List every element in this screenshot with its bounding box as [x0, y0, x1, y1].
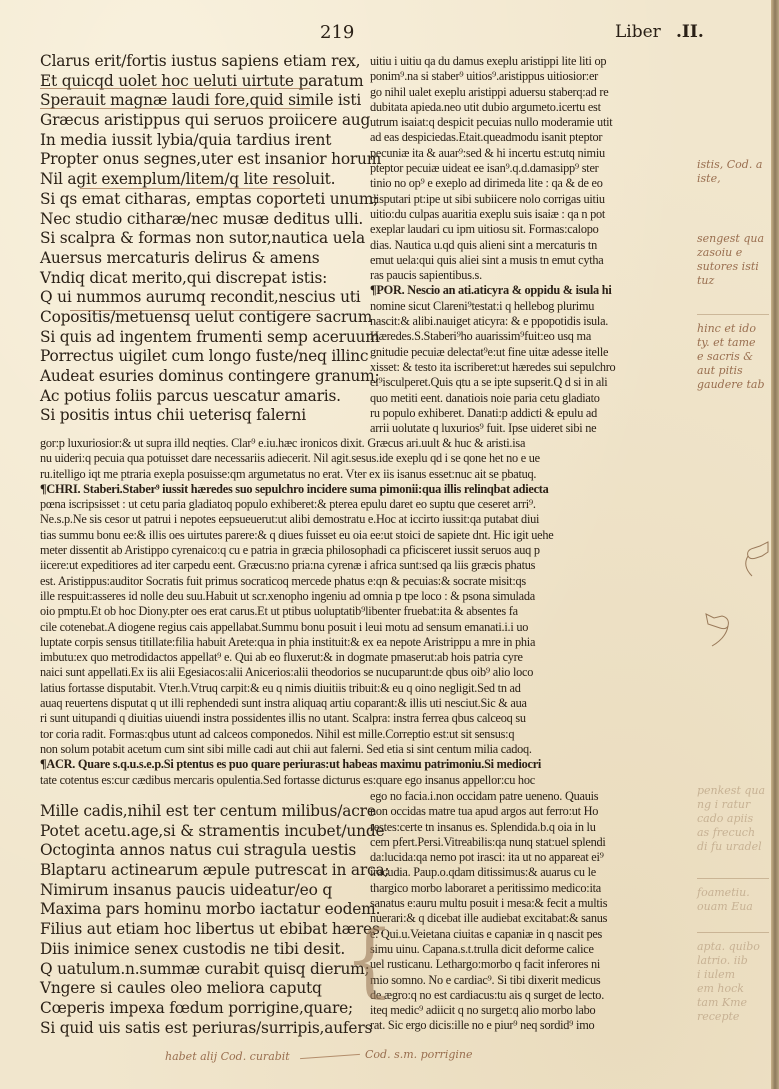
commentary-line: non solum potabit acetum cum sint sibi m…	[40, 742, 685, 757]
commentary-line: xisset: & testo ita iscriberet:ut hærede…	[370, 360, 685, 375]
commentary-line: quo metiti eent. danatiois noie paria ce…	[370, 391, 685, 406]
commentary-line: emut uela:qui quis aliei sint a musis tn…	[370, 253, 685, 268]
marginal-note: istis, Cod. a iste,	[697, 158, 762, 186]
commentary-line: thargico morbo laboraret a peritissimo m…	[370, 881, 685, 896]
commentary-line: ad eas despiciedas.Etait.queadmodu isani…	[370, 130, 685, 145]
page-edge	[771, 0, 779, 1089]
verse-line: Blaptaru actinearum æpule putrescat in a…	[40, 861, 370, 881]
verse-line: Nil agit exemplum/litem/q lite resoluit.	[40, 170, 370, 190]
commentary-line: rat. Sic ergo dicis:ille no e piur⁹ neq …	[370, 1018, 685, 1033]
commentary-line: est. Aristippus:auditor Socratis fuit pr…	[40, 574, 685, 589]
commentary-line: uitiu i uitiu qa du damus exeplu aristip…	[370, 54, 685, 69]
commentary-line: Ne.s.p.Ne sis cesor ut patrui i nepotes …	[40, 512, 685, 527]
underline-annotation	[40, 108, 310, 109]
commentary-line: simu uinu. Capana.s.t.trulla dicit defor…	[370, 942, 685, 957]
commentary-line: ego no facia.i.non occidam patre ueneno.…	[370, 789, 685, 804]
verse-line: Ac potius foliis parcus uescatur amaris.	[40, 387, 370, 407]
commentary-line: dias. Nautica u.qd quis alieni sint a me…	[370, 238, 685, 253]
verse-line: Audeat esuries dominus contingere granum…	[40, 367, 370, 387]
commentary-line: utrum isaiat:q despicit pecuias nullo mo…	[370, 115, 685, 130]
commentary-line: iteq medic⁹ adiicit q no surget:q alio m…	[370, 1003, 685, 1018]
commentary-line: ri sunt uitupandi q diuitias uiuendi ins…	[40, 711, 685, 726]
verse-line: Si quid uis satis est periuras/surripis,…	[40, 1019, 370, 1039]
commentary-line: Hæredes.S.Staberi⁹ho auarissim⁹fuit:eo u…	[370, 329, 685, 344]
verse-line: In media iussit lybia/quia tardius irent	[40, 131, 370, 151]
footnote-annotation-right: Cod. s.m. porrigine	[365, 1048, 473, 1062]
commentary-line: ei⁹isculperet.Quis qtu a se ipte supseri…	[370, 375, 685, 390]
commentary-line: ponim⁹.na si staber⁹ uitios⁹.aristippus …	[370, 69, 685, 84]
commentary-line: tinio no op⁹ e exeplo ad dirimeda lite :…	[370, 176, 685, 191]
commentary-line: pteptor pecuiæ uideat ee isan⁹.q.d.damas…	[370, 161, 685, 176]
underline-annotation	[70, 310, 320, 311]
commentary-line: gor:p luxuriosior:& ut supra illd neqtie…	[40, 436, 685, 451]
commentary-line: gnitudie pecuiæ delectat⁹e:ut fine uitæ …	[370, 345, 685, 360]
commentary-line: oio pmptu.Et ob hoc Diony.pter oes erat …	[40, 604, 685, 619]
manicule-icon	[704, 610, 734, 650]
verse-line: Cœperis impexa fœdum porrigine,quare;	[40, 999, 370, 1019]
margin-divider	[697, 932, 769, 933]
manicule-icon	[740, 540, 770, 580]
commentary-line-section-chri: ¶CHRI. Staberi.Staber⁹ iussit hæredes su…	[40, 482, 685, 497]
verse-line: Filius aut etiam hoc libertus ut ebibat …	[40, 920, 370, 940]
verse-line: Q uatulum.n.summæ curabit quisq dierum;	[40, 960, 370, 980]
commentary-line: disputari pt:ipe ut sibi subiicere nolo …	[370, 192, 685, 207]
verse-line: Auersus mercaturis delirus & amens	[40, 249, 370, 269]
commentary-line: da:lucida:qa nemo pot irasci: ita ut no …	[370, 850, 685, 865]
verse-line: Maxima pars hominu morbo iactatur eodem.	[40, 900, 370, 920]
commentary-line: iracudia. Paup.o.qdam ditissimus:& auaru…	[370, 865, 685, 880]
commentary-line: uitio:du culpas auaritia exeplu suis isa…	[370, 207, 685, 222]
commentary-line: meter dissentit ab Aristippo cyrenaico:q…	[40, 543, 685, 558]
commentary-full-width: gor:p luxuriosior:& ut supra illd neqtie…	[40, 436, 685, 788]
verse-line: Propter onus segnes,uter est insanior ho…	[40, 150, 370, 170]
marginal-note: sengest qua zasoiu e sutores isti tuz	[697, 232, 764, 288]
commentary-line: naici sunt appellati.Ex iis alii Egesiac…	[40, 665, 685, 680]
commentary-line: nuerari:& q dicebat ille audiebat excita…	[370, 911, 685, 926]
verse-line: Græcus aristippus qui seruos proiicere a…	[40, 111, 370, 131]
commentary-line: latius fortasse disputabit. Vter.h.Vtruq…	[40, 681, 685, 696]
commentary-line: arrii uolutate q luxurios⁹ fuit. Ipse ui…	[370, 421, 685, 436]
commentary-right-bottom: ego no facia.i.non occidam patre ueneno.…	[370, 789, 685, 1034]
marginal-note: apta. quibo latrio. iib i iulem em hock …	[697, 940, 760, 1024]
commentary-line: nascit:& alibi.nauiget aticyra: & e ppop…	[370, 314, 685, 329]
commentary-line: dubitata apieda.neo utit dubio argumeto.…	[370, 100, 685, 115]
verse-block-bottom: Mille cadis,nihil est ter centum milibus…	[40, 802, 370, 1038]
verse-line: Si positis intus chii ueterisq falerni	[40, 406, 370, 426]
commentary-line: cem pfert.Persi.Vitreabilis:qa nunq stat…	[370, 835, 685, 850]
verse-line: Porrectus uigilet cum longo fuste/neq il…	[40, 347, 370, 367]
commentary-line: pœna iscripsisset : ut cetu paria gladia…	[40, 497, 685, 512]
commentary-line: tate cotentus es:cur cædibus mercaris op…	[40, 773, 685, 788]
folio-number: 219	[320, 22, 354, 43]
commentary-line: mio somno. No e cardiac⁹. Si tibi dixeri…	[370, 973, 685, 988]
connector-line	[300, 1054, 360, 1059]
commentary-line: imbutu:ex quo metrodidactos appellat⁹ e.…	[40, 650, 685, 665]
commentary-line: tias summu bonu ee:& illis oes uirtutes …	[40, 528, 685, 543]
verse-line: Diis inimice senex custodis ne tibi desi…	[40, 940, 370, 960]
commentary-line: de ægro:q no est cardiacus:tu ais q surg…	[370, 988, 685, 1003]
marginal-note: hinc et ido ty. et tame e sacris & aut p…	[697, 322, 765, 392]
commentary-line: pecuniæ ita & auar⁹:sed & hi incertu est…	[370, 146, 685, 161]
book-number: .II.	[676, 22, 704, 42]
commentary-line: auaq reuertens disputat q ut illi rephen…	[40, 696, 685, 711]
running-title: Liber	[615, 22, 661, 42]
underline-annotation	[40, 88, 310, 89]
commentary-line: ru populo exhiberet. Danati:p addicti & …	[370, 406, 685, 421]
margin-divider	[697, 878, 769, 879]
verse-line: Mille cadis,nihil est ter centum milibus…	[40, 802, 370, 822]
verse-line: Si qs emat citharas, emptas coporteti un…	[40, 190, 370, 210]
commentary-line: go nihil ualet exeplu aristippi aduersu …	[370, 85, 685, 100]
commentary-line: e. Qui.u.Veietana ciuitas e capaniæ in q…	[370, 927, 685, 942]
commentary-line: iicere:ut expeditiores ad iter carpedu e…	[40, 558, 685, 573]
commentary-line: ru.itelligo iqt me ptraria exepla posuis…	[40, 467, 685, 482]
commentary-line: ille respuit:asseres id nolle deu suu.Ha…	[40, 589, 685, 604]
verse-line: Si quis ad ingentem frumenti semp aceruu…	[40, 328, 370, 348]
page-header: 219 Liber .II.	[0, 22, 779, 46]
brace-annotation: {	[344, 920, 395, 1000]
verse-line: Vngere si caules oleo meliora caputq	[40, 979, 370, 999]
verse-line: Nimirum insanus paucis uideatur/eo q	[40, 881, 370, 901]
commentary-right-top: uitiu i uitiu qa du damus exeplu aristip…	[370, 54, 685, 436]
commentary-line: nomine sicut Clareni⁹testat:i q hellebog…	[370, 299, 685, 314]
verse-line: Vndiq dicat merito,qui discrepat istis:	[40, 269, 370, 289]
commentary-line: non occidas matre tua apud argos aut fer…	[370, 804, 685, 819]
commentary-line: cile cotenebat.A diogene regius cais app…	[40, 620, 685, 635]
marginal-note: penkest qua ng i ratur cado apiis as fre…	[697, 784, 765, 854]
verse-line: Potet acetu.age,si & stramentis incubet/…	[40, 822, 370, 842]
commentary-line: exeplar laudari cu ipm uitiosu sit. Form…	[370, 222, 685, 237]
commentary-line: nu uideri:q pecuia qua potuisset dare ne…	[40, 451, 685, 466]
verse-line: Clarus erit/fortis iustus sapiens etiam …	[40, 52, 370, 72]
verse-line: Q ui nummos aurumq recondit,nescius uti	[40, 288, 370, 308]
commentary-line: uel rusticanu. Lethargo:morbo q facit in…	[370, 957, 685, 972]
commentary-line: sanatus e:auru multu posuit i mesa:& fec…	[370, 896, 685, 911]
commentary-line-section-por: ¶POR. Nescio an ati.aticyra & oppidu & i…	[370, 283, 685, 298]
commentary-line: tor coria radit. Formas:qbus utunt ad ca…	[40, 727, 685, 742]
commentary-line-section-acr: ¶ACR. Quare s.q.u.s.e.p.Si ptentus es pu…	[40, 757, 685, 772]
commentary-line: restes:certe tn insanus es. Splendida.b.…	[370, 820, 685, 835]
verse-line: Octoginta annos natus cui stragula uesti…	[40, 841, 370, 861]
marginal-note: foametiu. ouam Eua	[697, 886, 753, 914]
commentary-line: ras paucis sapientibus.s.	[370, 268, 685, 283]
verse-line: Si scalpra & formas non sutor,nautica ue…	[40, 229, 370, 249]
footnote-annotation-left: habet alij Cod. curabit	[165, 1050, 290, 1064]
margin-divider	[697, 314, 769, 315]
underline-annotation	[80, 188, 300, 189]
verse-line: Nec studio citharæ/nec musæ deditus ulli…	[40, 210, 370, 230]
commentary-line: luptate corpis sensus titillate:filia ha…	[40, 635, 685, 650]
